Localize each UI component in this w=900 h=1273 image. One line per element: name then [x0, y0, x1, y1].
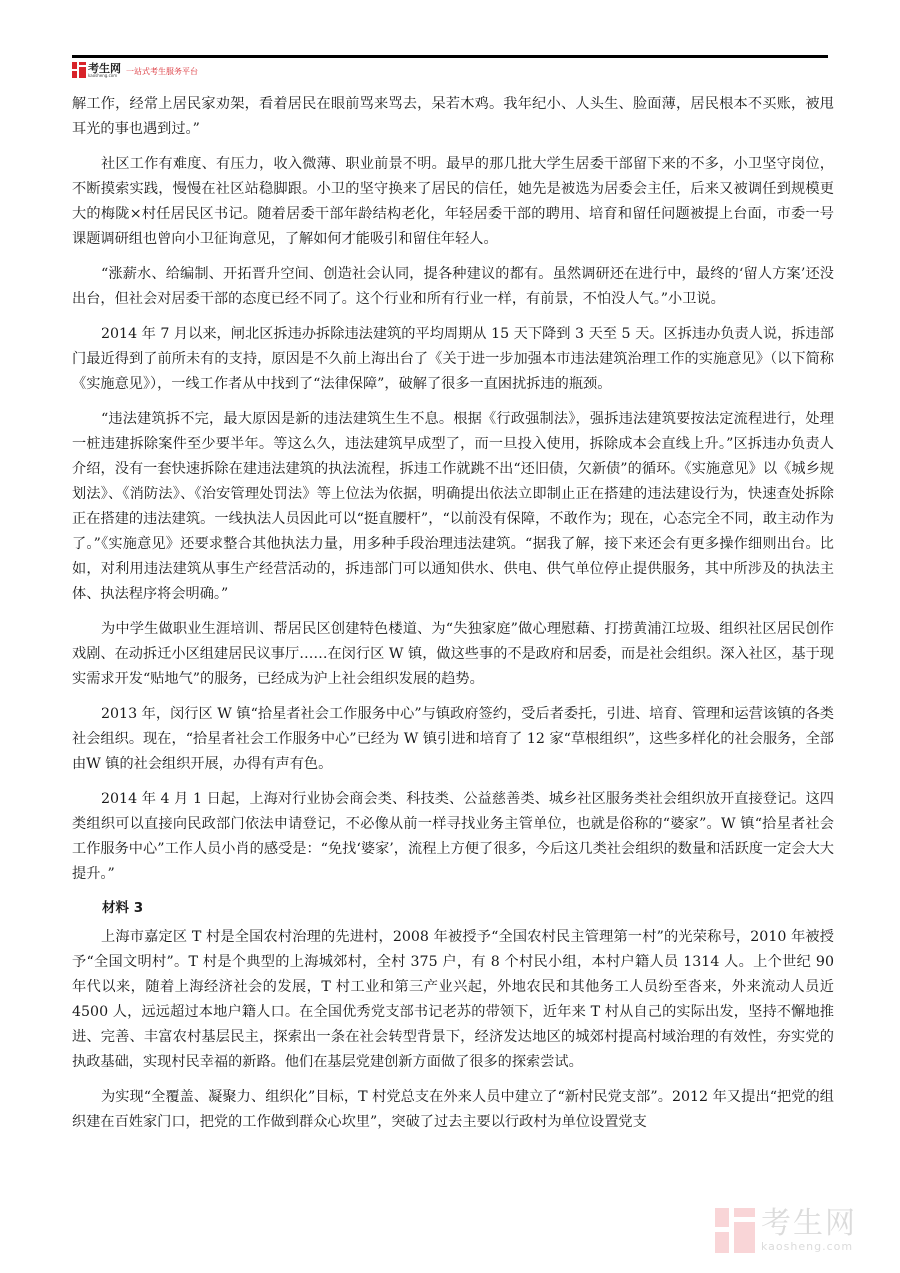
kaosheng-logo-icon — [72, 62, 86, 78]
section-heading: 材料 3 — [102, 897, 834, 919]
logo-text-en: kaosheng.com — [88, 74, 121, 78]
paragraph: 为实现“全覆盖、凝聚力、组织化”目标，T 村党总支在外来人员中建立了“新村民党支… — [72, 1085, 834, 1135]
watermark-text-cn: 考生网 — [761, 1209, 857, 1239]
kaosheng-watermark-icon — [715, 1208, 755, 1253]
document-body: 解工作，经常上居民家劝架，看着居民在眼前骂来骂去，呆若木鸡。我年纪小、人头生、脸… — [72, 92, 834, 1145]
paragraph: 2014 年 4 月 1 日起，上海对行业协会商会类、科技类、公益慈善类、城乡社… — [72, 787, 834, 887]
paragraph: 上海市嘉定区 T 村是全国农村治理的先进村，2008 年被授予“全国农村民主管理… — [72, 925, 834, 1075]
logo-text-cn: 考生网 — [88, 63, 121, 74]
watermark: 考生网 kaosheng.com — [715, 1208, 857, 1253]
header-rule — [72, 55, 828, 58]
paragraph: 为中学生做职业生涯培训、帮居民区创建特色楼道、为“失独家庭”做心理慰藉、打捞黄浦… — [72, 617, 834, 692]
logo-slogan: 一站式考生服务平台 — [126, 66, 198, 77]
paragraph: “违法建筑拆不完，最大原因是新的违法建筑生生不息。根据《行政强制法》，强拆违法建… — [72, 407, 834, 607]
paragraph: 2014 年 7 月以来，闸北区拆违办拆除违法建筑的平均周期从 15 天下降到 … — [72, 322, 834, 397]
paragraph-continued: 解工作，经常上居民家劝架，看着居民在眼前骂来骂去，呆若木鸡。我年纪小、人头生、脸… — [72, 92, 834, 142]
site-logo[interactable]: 考生网 kaosheng.com 一站式考生服务平台 — [72, 61, 198, 79]
paragraph: 社区工作有难度、有压力，收入微薄、职业前景不明。最早的那几批大学生居委干部留下来… — [72, 152, 834, 252]
watermark-text-en: kaosheng.com — [761, 1241, 857, 1252]
paragraph: “涨薪水、给编制、开拓晋升空间、创造社会认同，提各种建议的都有。虽然调研还在进行… — [72, 262, 834, 312]
paragraph: 2013 年，闵行区 W 镇“拾星者社会工作服务中心”与镇政府签约，受后者委托，… — [72, 702, 834, 777]
